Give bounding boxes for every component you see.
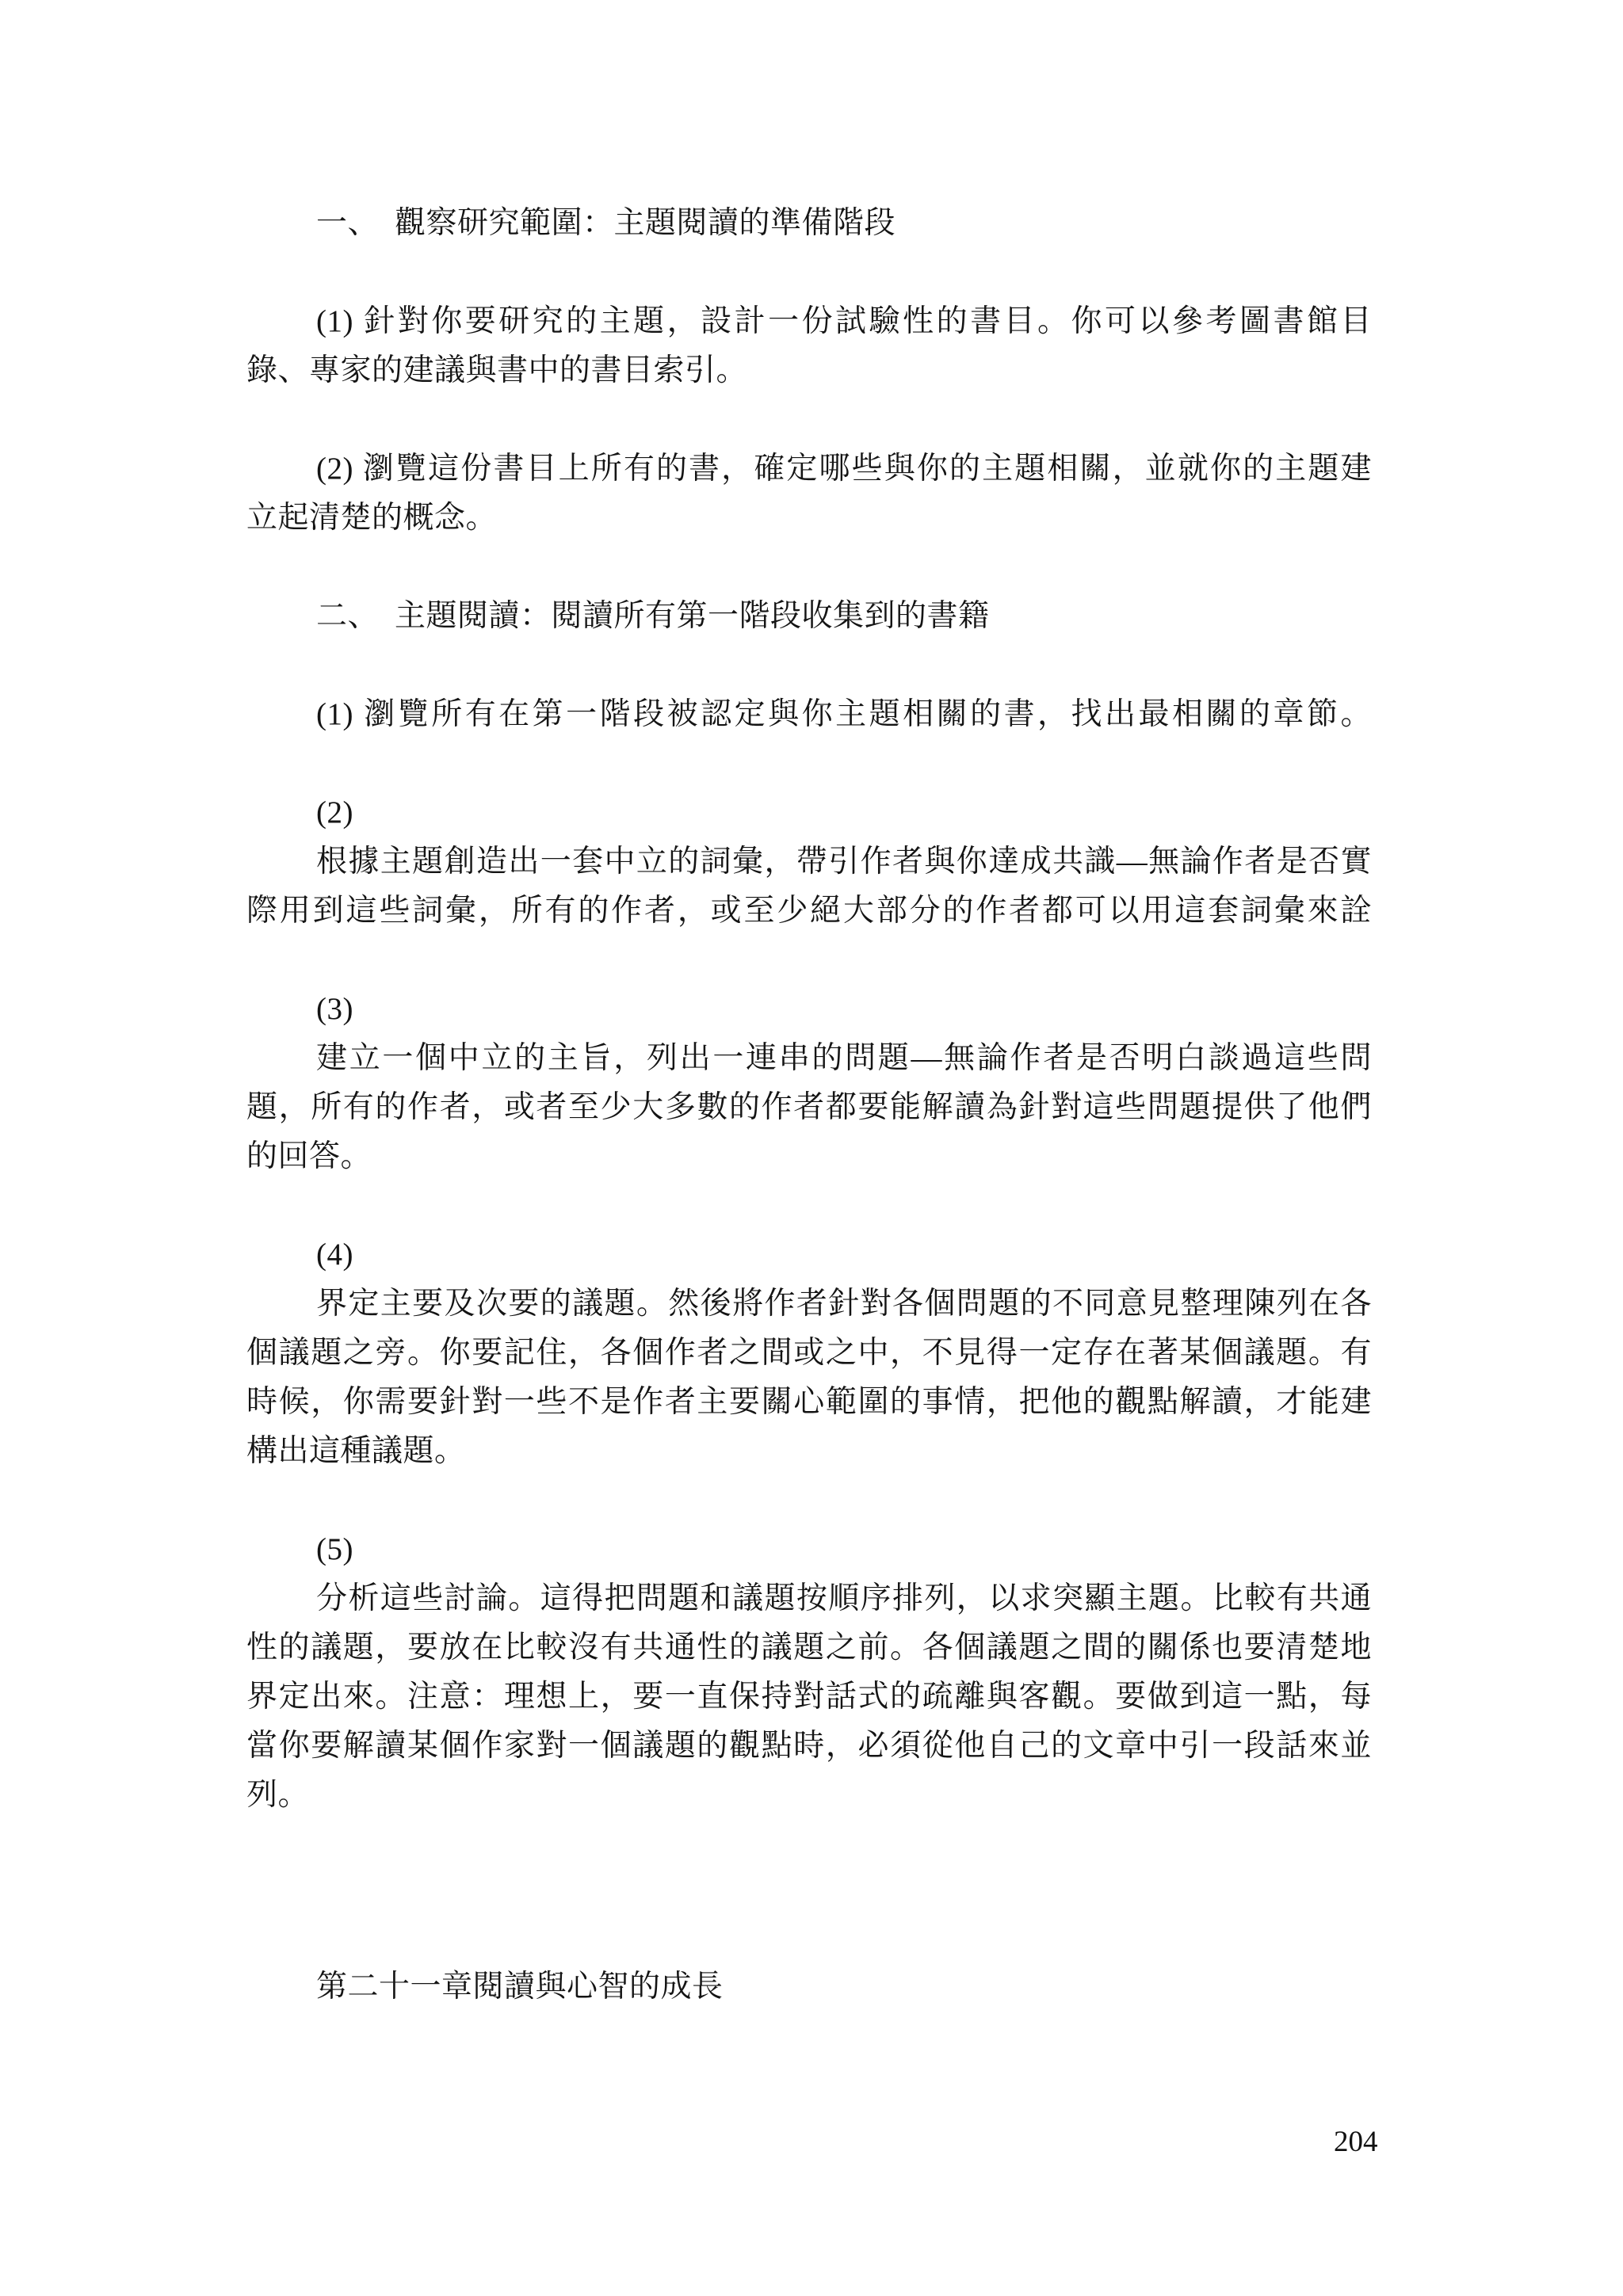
list-marker-line: (3) <box>246 985 1372 1034</box>
paragraph-1-1: (1) 針對你要研究的主題，設計一份試驗性的書目。你可以參考圖書館目 錄、專家的… <box>246 297 1372 395</box>
list-marker-line: (2) <box>246 788 1372 837</box>
list-marker-line: (4) <box>246 1230 1372 1280</box>
heading-line: 二、 主題閱讀：閱讀所有第一階段收集到的書籍 <box>246 592 1372 641</box>
text-line: 分析這些討論。這得把問題和議題按順序排列，以求突顯主題。比較有共通 <box>246 1574 1372 1623</box>
text-line: (1) 瀏覽所有在第一階段被認定與你主題相關的書，找出最相關的章節。 <box>246 690 1372 739</box>
text-line: 錄、專家的建議與書中的書目索引。 <box>246 346 1372 395</box>
heading-line: 第二十一章閱讀與心智的成長 <box>246 1962 1372 2012</box>
text-line: 個議題之旁。你要記住，各個作者之間或之中，不見得一定存在著某個議題。有 <box>246 1329 1372 1378</box>
page-number: 204 <box>1334 2125 1389 2160</box>
text-line: (2) 瀏覽這份書目上所有的書，確定哪些與你的主題相關，並就你的主題建 <box>246 444 1372 494</box>
text-line: 列。 <box>246 1771 1372 1820</box>
chapter-21-heading: 第二十一章閱讀與心智的成長 <box>246 1962 1372 2012</box>
paragraph-2-1: (1) 瀏覽所有在第一階段被認定與你主題相關的書，找出最相關的章節。 <box>246 690 1372 739</box>
document-page: { "page": { "number": "204", "background… <box>0 0 1623 2296</box>
text-line: 立起清楚的概念。 <box>246 494 1372 543</box>
text-line: 性的議題，要放在比較沒有共通性的議題之前。各個議題之間的關係也要清楚地 <box>246 1623 1372 1672</box>
text-line: 根據主題創造出一套中立的詞彙，帶引作者與你達成共識—無論作者是否實 <box>246 837 1372 887</box>
text-line: 際用到這些詞彙，所有的作者，或至少絕大部分的作者都可以用這套詞彙來詮釋。 <box>246 887 1372 936</box>
text-line: 界定主要及次要的議題。然後將作者針對各個問題的不同意見整理陳列在各 <box>246 1280 1372 1329</box>
text-line: 時候，你需要針對一些不是作者主要關心範圍的事情，把他的觀點解讀，才能建 <box>246 1378 1372 1427</box>
section-heading-1: 一、 觀察研究範圍：主題閱讀的準備階段 <box>246 199 1372 248</box>
text-line: (1) 針對你要研究的主題，設計一份試驗性的書目。你可以參考圖書館目 <box>246 297 1372 346</box>
heading-line: 一、 觀察研究範圍：主題閱讀的準備階段 <box>246 199 1372 248</box>
list-marker-line: (5) <box>246 1525 1372 1574</box>
text-line: 的回答。 <box>246 1132 1372 1181</box>
paragraph-2-4: (4) 界定主要及次要的議題。然後將作者針對各個問題的不同意見整理陳列在各 個議… <box>246 1230 1372 1476</box>
text-line: 題，所有的作者，或者至少大多數的作者都要能解讀為針對這些問題提供了他們 <box>246 1083 1372 1132</box>
text-body: 一、 觀察研究範圍：主題閱讀的準備階段 (1) 針對你要研究的主題，設計一份試驗… <box>246 199 1372 2061</box>
text-line: 構出這種議題。 <box>246 1427 1372 1476</box>
text-line: 當你要解讀某個作家對一個議題的觀點時，必須從他自己的文章中引一段話來並 <box>246 1722 1372 1771</box>
paragraph-2-3: (3) 建立一個中立的主旨，列出一連串的問題—無論作者是否明白談過這些問 題，所… <box>246 985 1372 1181</box>
paragraph-2-2: (2) 根據主題創造出一套中立的詞彙，帶引作者與你達成共識—無論作者是否實 際用… <box>246 788 1372 936</box>
section-heading-2: 二、 主題閱讀：閱讀所有第一階段收集到的書籍 <box>246 592 1372 641</box>
paragraph-2-5: (5) 分析這些討論。這得把問題和議題按順序排列，以求突顯主題。比較有共通 性的… <box>246 1525 1372 1820</box>
text-line: 界定出來。注意：理想上，要一直保持對話式的疏離與客觀。要做到這一點，每 <box>246 1672 1372 1722</box>
paragraph-1-2: (2) 瀏覽這份書目上所有的書，確定哪些與你的主題相關，並就你的主題建 立起清楚… <box>246 444 1372 543</box>
text-line: 建立一個中立的主旨，列出一連串的問題—無論作者是否明白談過這些問 <box>246 1034 1372 1083</box>
page-background: 一、 觀察研究範圍：主題閱讀的準備階段 (1) 針對你要研究的主題，設計一份試驗… <box>0 0 1623 2296</box>
